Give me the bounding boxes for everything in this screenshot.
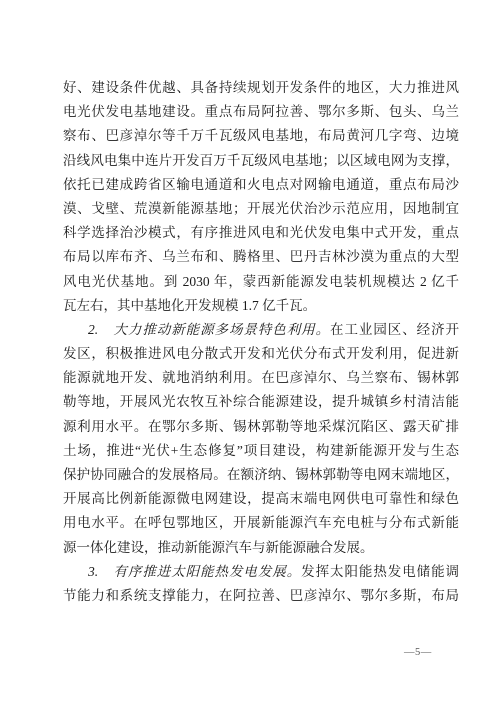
line-text: 布局以库布齐、乌兰布和、腾格里、巴丹吉林沙漠为重点的大型 (63, 249, 459, 264)
line-text: 源一体化建设，推动新能源汽车与新能源融合发展。 (63, 540, 374, 555)
text-line: 科学选择治沙模式，有序推进风电和光伏发电集中式开发，重点 (63, 221, 459, 245)
line-text: 沿线风电集中连片开发百万千瓦级风电基地；以区域电网为支撑， (63, 153, 459, 168)
line-text: 能源就地开发、就地消纳利用。在巴彦淖尔、乌兰察布、锡林郭 (63, 370, 459, 385)
line-text: 察布、巴彦淖尔等千万千瓦级风电基地，布局黄河几字弯、边境 (63, 128, 459, 143)
text-line: 依托已建成跨省区输电通道和火电点对网输电通道，重点布局沙 (63, 173, 459, 197)
text-line: 3. 有序推进太阳能热发电发展。发挥太阳能热发电储能调 (63, 560, 459, 584)
line-text: 源利用水平。在鄂尔多斯、锡林郭勒等地采煤沉陷区、露天矿排 (63, 419, 459, 434)
line-text: 土场，推进“光伏+生态修复”项目建设，构建新能源开发与生态 (63, 443, 459, 458)
line-text: 发挥太阳能热发电储能调 (301, 564, 459, 579)
document-body: 好、建设条件优越、具备持续规划开发条件的地区，大力推进风 电光伏发电基地建设。重… (63, 76, 459, 608)
line-text: 电光伏发电基地建设。重点布局阿拉善、鄂尔多斯、包头、乌兰 (63, 104, 459, 119)
line-text: 勒等地，开展风光农牧互补综合能源建设，提升城镇乡村清洁能 (63, 394, 459, 409)
section-heading: 3. 有序推进太阳能热发电发展。 (88, 564, 301, 579)
line-text: 科学选择治沙模式，有序推进风电和光伏发电集中式开发，重点 (63, 225, 459, 240)
document-page: 好、建设条件优越、具备持续规划开发条件的地区，大力推进风 电光伏发电基地建设。重… (0, 0, 500, 707)
text-line: 漠、戈壁、荒漠新能源基地；开展光伏治沙示范应用，因地制宜 (63, 197, 459, 221)
text-line: 源利用水平。在鄂尔多斯、锡林郭勒等地采煤沉陷区、露天矿排 (63, 415, 459, 439)
line-text: 用电水平。在呼包鄂地区，开展新能源汽车充电桩与分布式新能 (63, 515, 459, 530)
text-line: 土场，推进“光伏+生态修复”项目建设，构建新能源开发与生态 (63, 439, 459, 463)
section-heading: 2. 大力推动新能源多场景特色利用。 (88, 322, 330, 337)
text-line: 开展高比例新能源微电网建设，提高末端电网供电可靠性和绿色 (63, 487, 459, 511)
line-text: 在工业园区、经济开 (330, 322, 459, 337)
line-text: 保护协同融合的发展格局。在额济纳、锡林郭勒等电网末端地区， (63, 467, 459, 482)
text-line: 2. 大力推动新能源多场景特色利用。在工业园区、经济开 (63, 318, 459, 342)
text-line: 好、建设条件优越、具备持续规划开发条件的地区，大力推进风 (63, 76, 459, 100)
line-text: 依托已建成跨省区输电通道和火电点对网输电通道，重点布局沙 (63, 177, 459, 192)
text-line: 电光伏发电基地建设。重点布局阿拉善、鄂尔多斯、包头、乌兰 (63, 100, 459, 124)
text-line: 瓦左右，其中基地化开发规模 1.7 亿千瓦。 (63, 294, 459, 318)
line-text: 开展高比例新能源微电网建设，提高末端电网供电可靠性和绿色 (63, 491, 459, 506)
text-line: 风电光伏基地。到 2030 年，蒙西新能源发电装机规模达 2 亿千 (63, 270, 459, 294)
text-line: 察布、巴彦淖尔等千万千瓦级风电基地，布局黄河几字弯、边境 (63, 124, 459, 148)
text-line: 能源就地开发、就地消纳利用。在巴彦淖尔、乌兰察布、锡林郭 (63, 366, 459, 390)
line-text: 风电光伏基地。到 2030 年，蒙西新能源发电装机规模达 2 亿千 (63, 274, 459, 289)
line-text: 发区，积极推进风电分散式开发和光伏分布式开发利用，促进新 (63, 346, 459, 361)
text-line: 保护协同融合的发展格局。在额济纳、锡林郭勒等电网末端地区， (63, 463, 459, 487)
line-text: 节能力和系统支撑能力，在阿拉善、巴彦淖尔、鄂尔多斯，布局 (63, 588, 459, 603)
text-line: 用电水平。在呼包鄂地区，开展新能源汽车充电桩与分布式新能 (63, 511, 459, 535)
text-line: 发区，积极推进风电分散式开发和光伏分布式开发利用，促进新 (63, 342, 459, 366)
text-line: 布局以库布齐、乌兰布和、腾格里、巴丹吉林沙漠为重点的大型 (63, 245, 459, 269)
text-line: 沿线风电集中连片开发百万千瓦级风电基地；以区域电网为支撑， (63, 149, 459, 173)
text-line: 节能力和系统支撑能力，在阿拉善、巴彦淖尔、鄂尔多斯，布局 (63, 584, 459, 608)
line-text: 漠、戈壁、荒漠新能源基地；开展光伏治沙示范应用，因地制宜 (63, 201, 459, 216)
text-line: 勒等地，开展风光农牧互补综合能源建设，提升城镇乡村清洁能 (63, 390, 459, 414)
page-number: —5— (404, 647, 432, 659)
line-text: 瓦左右，其中基地化开发规模 1.7 亿千瓦。 (63, 298, 316, 313)
line-text: 好、建设条件优越、具备持续规划开发条件的地区，大力推进风 (63, 80, 459, 95)
text-line: 源一体化建设，推动新能源汽车与新能源融合发展。 (63, 536, 459, 560)
